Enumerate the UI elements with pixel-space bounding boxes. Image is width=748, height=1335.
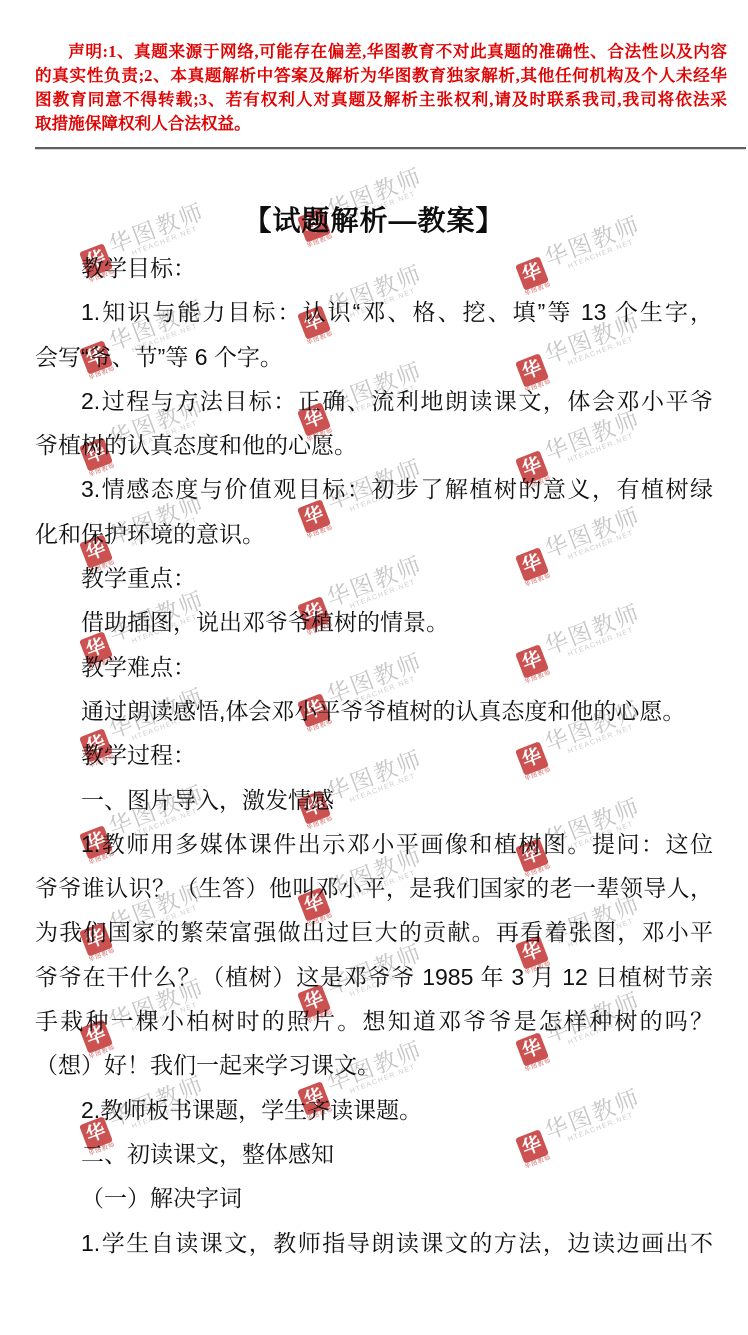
body-line: （一）解决字词: [35, 1176, 713, 1220]
body-line: 爷爷谁认识？（生答）他叫邓小平，是我们国家的老一辈领导人，: [35, 866, 713, 910]
page-content: 声明:1、真题来源于网络,可能存在偏差,华图教育不对此真题的准确性、合法性以及内…: [0, 40, 748, 1265]
body-line: 爷爷在干什么？（植树）这是邓爷爷 1985 年 3 月 12 日植树节亲: [35, 955, 713, 999]
body-line: 1.学生自读课文，教师指导朗读课文的方法，边读边画出不: [35, 1221, 713, 1265]
body-line: 爷植树的认真态度和他的心愿。: [35, 423, 713, 467]
disclaimer-line: 的真实性负责;2、本真题解析中答案及解析为华图教育独家解析,其他任何机构及个人未…: [35, 64, 727, 88]
body-line: 教学重点：: [35, 556, 713, 600]
document-body: 教学目标：1.知识与能力目标：认识“邓、格、挖、填”等 13 个生字，会写“爷、…: [35, 246, 713, 1265]
divider: [35, 147, 746, 150]
body-line: 为我们国家的繁荣富强做出过巨大的贡献。再看着张图，邓小平: [35, 910, 713, 954]
body-line: 借助插图，说出邓爷爷植树的情景。: [35, 600, 713, 644]
disclaimer: 声明:1、真题来源于网络,可能存在偏差,华图教育不对此真题的准确性、合法性以及内…: [35, 40, 727, 136]
body-line: 教学目标：: [35, 246, 713, 290]
body-line: 手栽种一棵小柏树时的照片。想知道邓爷爷是怎样种树的吗？: [35, 999, 713, 1043]
body-line: （想）好！我们一起来学习课文。: [35, 1043, 713, 1087]
disclaimer-line: 声明:1、真题来源于网络,可能存在偏差,华图教育不对此真题的准确性、合法性以及内…: [35, 40, 727, 64]
body-line: 2.过程与方法目标：正确、流利地朗读课文，体会邓小平爷: [35, 379, 713, 423]
page-title: 【试题解析—教案】: [0, 199, 748, 243]
disclaimer-line: 图教育同意不得转载;3、若有权利人对真题及解析主张权利,请及时联系我司,我司将依…: [35, 88, 727, 112]
body-line: 1.知识与能力目标：认识“邓、格、挖、填”等 13 个生字，: [35, 290, 713, 334]
body-line: 会写“爷、节”等 6 个字。: [35, 335, 713, 379]
disclaimer-label: 声明:: [68, 42, 108, 61]
body-line: 教学难点：: [35, 645, 713, 689]
disclaimer-line: 取措施保障权利人合法权益。: [35, 112, 727, 136]
body-line: 化和保护环境的意识。: [35, 512, 713, 556]
body-line: 一、图片导入，激发情感: [35, 778, 713, 822]
body-line: 3.情感态度与价值观目标：初步了解植树的意义，有植树绿: [35, 467, 713, 511]
body-line: 1.教师用多媒体课件出示邓小平画像和植树图。提问：这位: [35, 822, 713, 866]
body-line: 教学过程：: [35, 733, 713, 777]
body-line: 通过朗读感悟,体会邓小平爷爷植树的认真态度和他的心愿。: [35, 689, 713, 733]
body-line: 二、初读课文，整体感知: [35, 1132, 713, 1176]
body-line: 2.教师板书课题，学生齐读课题。: [35, 1088, 713, 1132]
document-page: 华华图教师华图教师HTEACHER.NET华华图教师华图教师HTEACHER.N…: [0, 0, 748, 1335]
